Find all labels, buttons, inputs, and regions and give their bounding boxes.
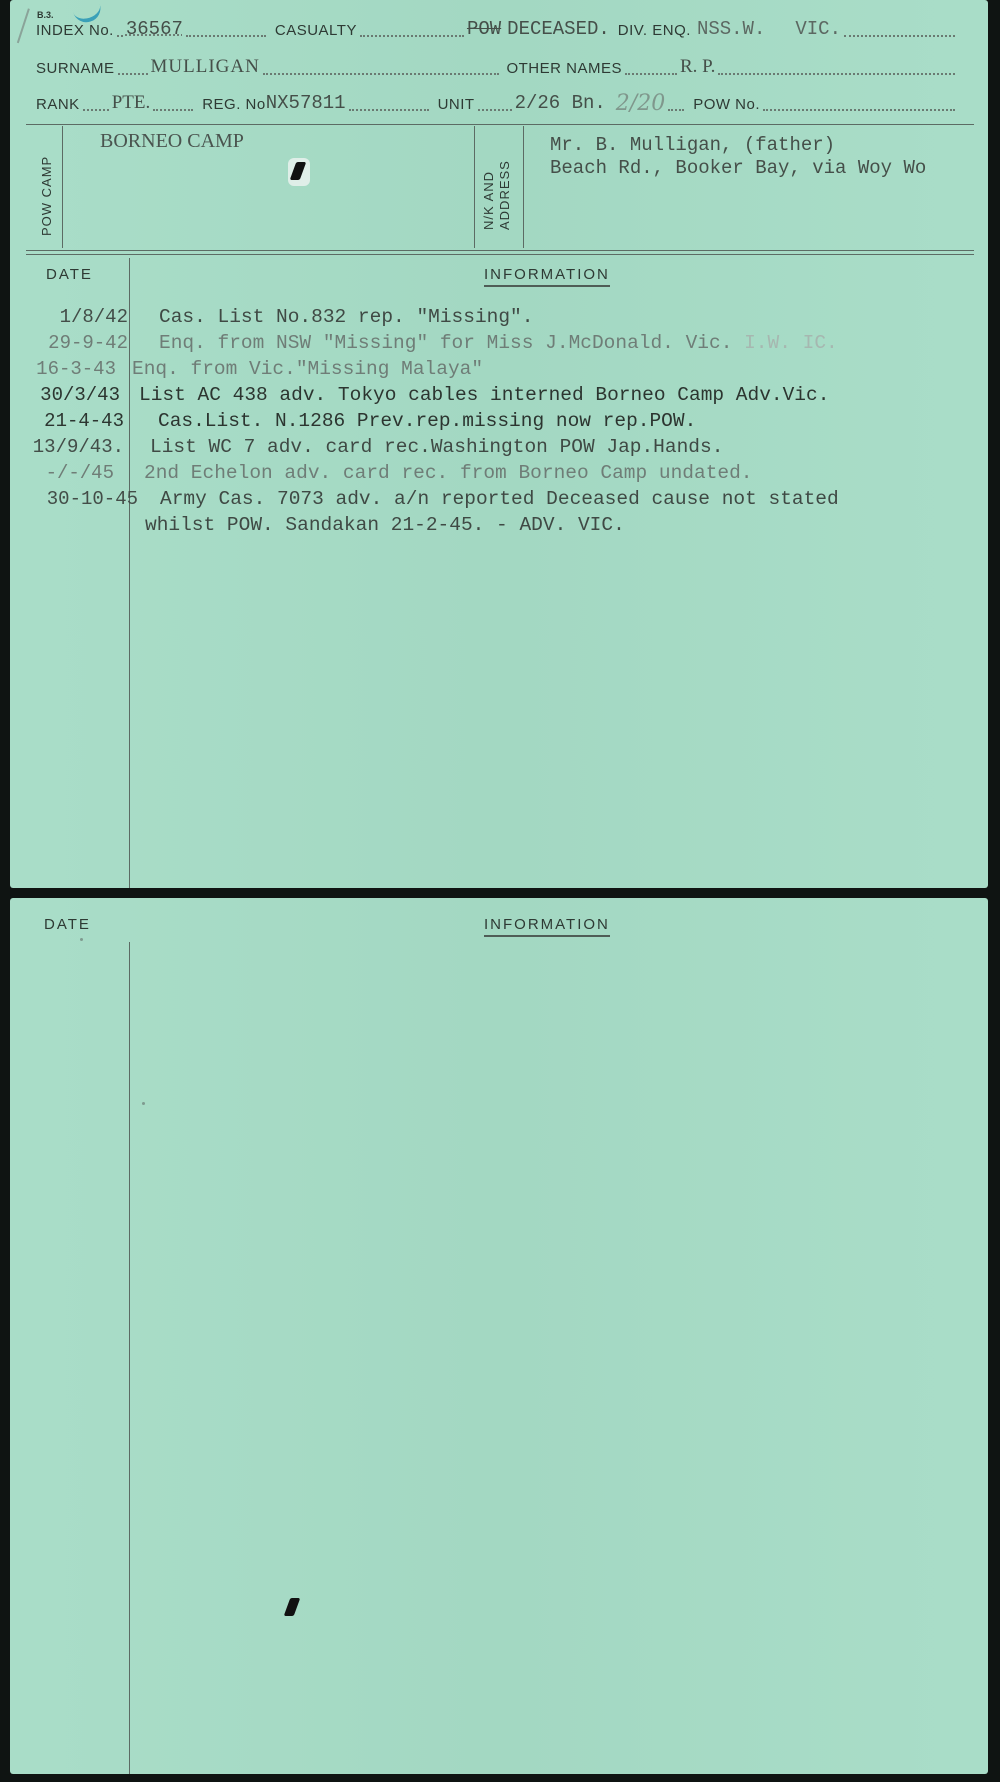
divider-line <box>62 126 63 248</box>
rank-label: RANK <box>36 96 80 113</box>
header-row-index: INDEX No. 36567 CASUALTY POW DECEASED. D… <box>36 14 958 42</box>
entry-row: 16-3-43 Enq. from Vic."Missing Malaya" <box>10 358 988 384</box>
div-enq-value-2: VIC. <box>795 18 841 40</box>
entry-row: 30/3/43 List AC 438 adv. Tokyo cables in… <box>10 384 988 410</box>
double-divider <box>26 250 974 255</box>
entries-list: 1/8/42 Cas. List No.832 rep. "Missing". … <box>10 306 988 540</box>
index-value: 36567 <box>126 18 183 40</box>
unit-handwritten-note: 2/20 <box>616 91 665 116</box>
surname-label: SURNAME <box>36 60 115 77</box>
reg-no-value: NX57811 <box>266 92 346 114</box>
entry-date: 13/9/43. <box>6 436 124 458</box>
punch-hole <box>288 158 310 186</box>
entry-row: 13/9/43. List WC 7 adv. card rec.Washing… <box>10 436 988 462</box>
entry-date: 1/8/42 <box>10 306 128 328</box>
pow-camp-value: BORNEO CAMP <box>100 130 244 153</box>
date-column-divider <box>129 942 130 1774</box>
entry-info: Enq. from NSW "Missing" for Miss J.McDon… <box>159 332 838 354</box>
other-names-label: OTHER NAMES <box>506 60 622 77</box>
casualty-value: DECEASED. <box>507 18 610 40</box>
unit-label: UNIT <box>438 96 475 113</box>
pow-no-label: POW No. <box>693 96 760 113</box>
entry-row: 21-4-43 Cas.List. N.1286 Prev.rep.missin… <box>10 410 988 436</box>
entry-row: -/-/45 2nd Echelon adv. card rec. from B… <box>10 462 988 488</box>
entry-row: 29-9-42 Enq. from NSW "Missing" for Miss… <box>10 332 988 358</box>
entry-date: 29-9-42 <box>10 332 128 354</box>
div-enq-value: NSS.W. <box>697 18 765 40</box>
pow-camp-label: POW CAMP <box>40 156 54 236</box>
entry-date: 30-10-45 <box>20 488 138 510</box>
entry-date: 21-4-43 <box>6 410 124 432</box>
divider-line <box>26 124 974 125</box>
entry-info-faint-suffix: I.W. IC. <box>744 332 838 354</box>
date-column-header: DATE <box>46 266 93 283</box>
ink-speck <box>80 938 83 941</box>
entry-date: -/-/45 <box>0 462 114 484</box>
entry-info: 2nd Echelon adv. card rec. from Borneo C… <box>144 462 753 484</box>
entry-info: Cas. List No.832 rep. "Missing". <box>159 306 533 328</box>
surname-value: MULLIGAN <box>151 56 260 78</box>
entry-info-text: Enq. from NSW "Missing" for Miss J.McDon… <box>159 332 732 354</box>
ink-speck <box>142 1102 145 1105</box>
nok-street: Beach Rd., Booker Bay, via Woy Wo <box>550 157 996 180</box>
record-card-back: DATE INFORMATION <box>10 898 988 1774</box>
header-row-surname: SURNAME MULLIGAN OTHER NAMES R. P. <box>36 52 958 80</box>
reg-no-label: REG. No <box>202 96 266 113</box>
other-names-value: R. P. <box>680 56 715 78</box>
information-column-header: INFORMATION <box>484 266 610 287</box>
nok-name: Mr. B. Mulligan, (father) <box>550 134 996 157</box>
entry-info: Army Cas. 7073 adv. a/n reported Decease… <box>160 488 839 510</box>
punch-hole <box>282 1594 304 1622</box>
div-enq-label: DIV. ENQ. <box>618 22 691 39</box>
entry-date: 16-3-43 <box>0 358 116 380</box>
information-column-header: INFORMATION <box>484 916 610 937</box>
divider-line <box>474 126 475 248</box>
entry-info: whilst POW. Sandakan 21-2-45. - ADV. VIC… <box>145 514 625 536</box>
entry-date: 30/3/43 <box>2 384 120 406</box>
index-label: INDEX No. <box>36 22 114 39</box>
date-column-header: DATE <box>44 916 91 933</box>
entry-info: List WC 7 adv. card rec.Washington POW J… <box>150 436 723 458</box>
nok-address: Mr. B. Mulligan, (father) Beach Rd., Boo… <box>550 134 996 180</box>
casualty-label: CASUALTY <box>275 22 357 39</box>
unit-value: 2/26 Bn. <box>515 92 606 114</box>
rank-value: PTE. <box>112 92 151 114</box>
entry-row: 30-10-45 Army Cas. 7073 adv. a/n reporte… <box>10 488 988 514</box>
header-row-rank: RANK PTE. REG. No NX57811 UNIT 2/26 Bn. … <box>36 88 958 116</box>
entry-info: List AC 438 adv. Tokyo cables interned B… <box>139 384 829 406</box>
entry-row: whilst POW. Sandakan 21-2-45. - ADV. VIC… <box>10 514 988 540</box>
entry-row: 1/8/42 Cas. List No.832 rep. "Missing". <box>10 306 988 332</box>
record-card-front: B.3. INDEX No. 36567 CASUALTY POW DECEAS… <box>10 0 988 888</box>
divider-line <box>523 126 524 248</box>
entry-info: Enq. from Vic."Missing Malaya" <box>132 358 483 380</box>
nok-label-line2: ADDRESS <box>498 160 512 230</box>
casualty-struck-value: POW <box>467 18 501 40</box>
nok-label-line1: N/K AND <box>482 171 496 230</box>
entry-info: Cas.List. N.1286 Prev.rep.missing now re… <box>158 410 696 432</box>
